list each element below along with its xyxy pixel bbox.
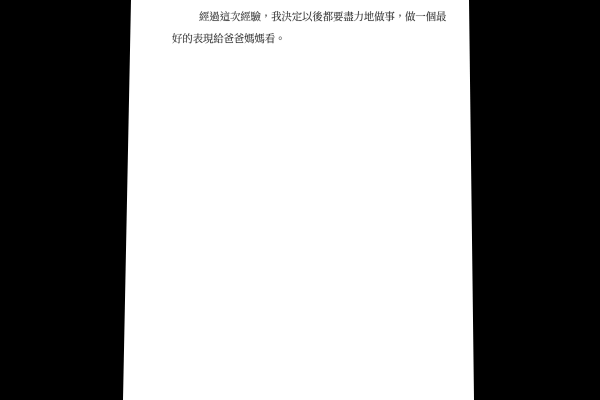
paragraph-line-1: 經過這次經驗，我決定以後都要盡力地做事，做一個最 <box>199 12 446 23</box>
letterbox-background: 經過這次經驗，我決定以後都要盡力地做事，做一個最 好的表現給爸爸媽媽看。 <box>0 0 600 400</box>
paragraph-line-2: 好的表現給爸爸媽媽看。 <box>172 34 285 45</box>
document-page: 經過這次經驗，我決定以後都要盡力地做事，做一個最 好的表現給爸爸媽媽看。 <box>0 0 600 400</box>
